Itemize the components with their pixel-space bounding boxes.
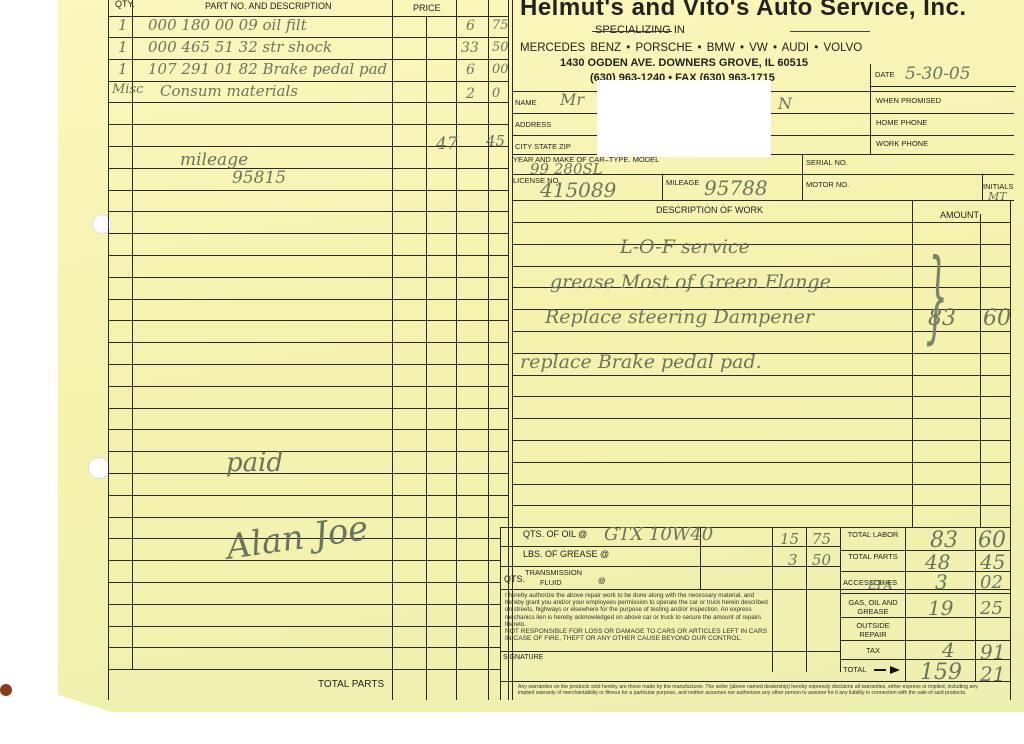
ruled-line — [108, 626, 500, 627]
ruled-line — [108, 320, 508, 321]
ruled-line — [108, 495, 508, 496]
row1-description: 000 180 00 09 oil filt — [148, 16, 307, 34]
row2-description: 000 465 51 32 str shock — [148, 38, 332, 56]
mileage-note-label: mileage — [180, 150, 248, 170]
ruled-line — [108, 429, 508, 430]
ruled-line — [108, 364, 508, 365]
punch-hole — [92, 214, 112, 234]
ruled-line — [108, 255, 508, 256]
motor-no-label: MOTOR NO. — [806, 180, 849, 189]
date-label: DATE — [875, 70, 894, 79]
row1-cents: 75 — [492, 18, 509, 33]
tax-cents: 91 — [980, 640, 1005, 664]
ruled-line — [512, 396, 1010, 397]
name-tail: N — [778, 94, 792, 113]
when-promised-label: WHEN PROMISED — [876, 96, 941, 105]
home-phone-label: HOME PHONE — [876, 118, 927, 127]
parts-subtotal-cents: 45 — [486, 132, 505, 150]
work-amount-cents: 60 — [983, 306, 1011, 331]
description-of-work-header: DESCRIPTION OF WORK — [656, 205, 763, 215]
outside-repair-label: OUTSIDE REPAIR — [842, 621, 904, 639]
accessories-dollars: 3 — [935, 570, 948, 594]
paid-note: paid — [226, 448, 283, 478]
ruled-line — [108, 190, 508, 191]
ruled-line — [512, 484, 1010, 485]
warranty-disclaimer: Any warranties on the products sold here… — [518, 684, 988, 696]
ruled-line — [108, 299, 508, 300]
total-parts-total-label: TOTAL PARTS — [842, 552, 904, 561]
trans-at: @ — [598, 576, 606, 585]
ruled-line — [108, 451, 508, 452]
ruled-line — [108, 604, 500, 605]
work-line-3: Replace steering Dampener — [545, 306, 814, 328]
fluid-label: FLUID — [540, 578, 562, 587]
work-amount-dollars: 83 — [928, 306, 956, 331]
city-state-zip-label: CITY STATE ZIP — [515, 142, 571, 151]
grand-total-cents: 21 — [980, 662, 1005, 686]
row1-qty: 1 — [118, 16, 128, 34]
mileage-label: MILEAGE — [666, 178, 699, 187]
ruled-line — [108, 473, 508, 474]
ruled-line — [108, 669, 500, 670]
work-bracket: } — [926, 246, 948, 346]
license-value: 415089 — [540, 178, 616, 202]
row4-dollars: 2 — [466, 86, 475, 102]
grease-dollars: 3 — [788, 551, 798, 569]
part-description-header: PART NO. AND DESCRIPTION — [205, 1, 332, 11]
work-phone-label: WORK PHONE — [876, 139, 928, 148]
ruled-line — [108, 560, 500, 561]
accessories-cents: 02 — [980, 572, 1003, 593]
row1-dollars: 6 — [466, 18, 475, 34]
ruled-line — [512, 505, 1010, 506]
grand-total-label: TOTAL — [843, 665, 900, 674]
specializing-in: SPECIALIZING IN — [595, 24, 685, 36]
signature-label: SIGNATURE — [503, 654, 543, 661]
tax-label: TAX — [842, 646, 904, 655]
price-header: PRICE — [413, 3, 441, 13]
total-parts-label: TOTAL PARTS — [318, 679, 384, 690]
grease-cents: 50 — [812, 551, 831, 569]
name-label: NAME — [515, 98, 537, 107]
stain-mark — [0, 684, 12, 696]
row3-qty: 1 — [118, 60, 128, 78]
car-makes: MERCEDES BENZ • PORSCHE • BMW • VW • AUD… — [520, 42, 862, 54]
ruled-line — [512, 462, 1010, 463]
serial-label: SERIAL NO. — [806, 158, 848, 167]
initials-value: MT — [988, 190, 1007, 203]
gas-oil-grease-dollars: 19 — [928, 596, 953, 620]
ruled-line — [108, 408, 508, 409]
tax-dollars: 4 — [942, 638, 955, 662]
amount-header: AMOUNT — [940, 210, 979, 220]
total-labor-label: TOTAL LABOR — [842, 530, 904, 539]
punch-hole — [88, 457, 110, 479]
redacted-customer-info — [597, 80, 771, 157]
lbs-grease-label: LBS. OF GREASE @ — [523, 549, 609, 559]
company-name: Helmut's and Vito's Auto Service, Inc. — [520, 0, 967, 22]
ruled-line — [108, 342, 508, 343]
row2-dollars: 33 — [461, 40, 479, 56]
ruled-line — [108, 102, 508, 103]
row2-cents: 50 — [492, 40, 509, 55]
row3-cents: 00 — [492, 62, 509, 77]
trans-qts-label: QTS. — [504, 574, 525, 584]
ruled-line — [108, 233, 508, 234]
address-label: ADDRESS — [515, 120, 551, 129]
gas-oil-grease-label: GAS, OIL AND GREASE — [842, 598, 904, 616]
row3-description: 107 291 01 82 Brake pedal pad — [148, 60, 387, 78]
work-line-4: replace Brake pedal pad. — [520, 351, 762, 373]
row4-description: Consum materials — [160, 82, 298, 100]
work-line-1: L-O-F service — [620, 236, 750, 258]
ruled-line — [108, 582, 500, 583]
transmission-label: TRANSMISSION — [525, 568, 582, 577]
row3-dollars: 6 — [466, 62, 475, 78]
oil-type-value: GTX 10W40 — [604, 524, 713, 545]
ruled-line — [512, 440, 1010, 441]
ruled-line — [512, 375, 1010, 376]
gas-oil-grease-cents: 25 — [980, 598, 1003, 619]
grand-total-dollars: 159 — [920, 660, 962, 685]
shop-address: 1430 OGDEN AVE. DOWNERS GROVE, IL 60515 — [560, 57, 808, 69]
oil-dollars: 15 — [780, 530, 799, 548]
total-parts-cents: 45 — [980, 550, 1005, 574]
accessories-note: EPA — [868, 578, 892, 592]
parts-subtotal-dollars: 47 — [436, 134, 458, 154]
row4-qty: Misc — [112, 82, 143, 97]
mileage-value: 95788 — [704, 176, 768, 200]
arrow-icon — [874, 669, 886, 671]
arrow-head-icon — [890, 666, 900, 674]
ruled-line — [108, 168, 508, 169]
ruled-line — [108, 277, 508, 278]
date-value: 5-30-05 — [905, 64, 971, 84]
row4-cents: 0 — [492, 86, 500, 101]
liability-disclaimer: NOT RESPONSIBLE FOR LOSS OR DAMAGE TO CA… — [505, 628, 769, 642]
mileage-note-value: 95815 — [232, 168, 286, 188]
ruled-line — [108, 124, 508, 125]
qts-oil-label: QTS. OF OIL @ — [523, 529, 587, 539]
work-line-2: grease Most of Green Flange — [550, 271, 831, 293]
name-value: Mr — [560, 90, 584, 109]
ruled-line — [108, 647, 500, 648]
ruled-line — [512, 418, 1010, 419]
ruled-line — [108, 211, 508, 212]
row2-qty: 1 — [118, 38, 128, 56]
authorization-text: I hereby authorize the above repair work… — [505, 592, 769, 628]
oil-cents: 75 — [812, 530, 831, 548]
qty-header: QTY. — [115, 0, 135, 9]
ruled-line — [512, 222, 1010, 223]
ruled-line — [108, 386, 508, 387]
